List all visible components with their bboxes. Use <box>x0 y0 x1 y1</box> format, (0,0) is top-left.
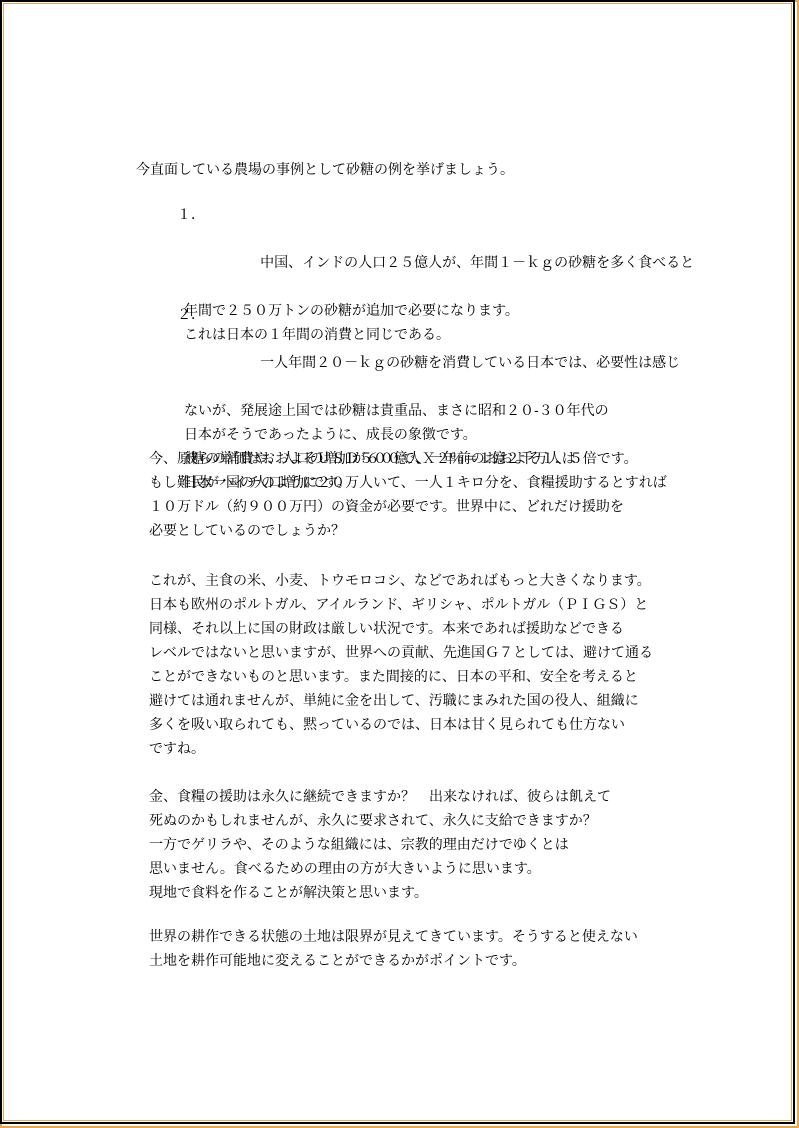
text-line: 避けては通れませんが、単純に金を出して、汚職にまみれた国の役人、組織に <box>0 688 793 712</box>
text-line: 多くを吸い取られても、黙っているのでは、日本は甘く見られても仕方ない <box>0 712 793 736</box>
intro-paragraph: 今直面している農場の事例として砂糖の例を挙げましょう。 <box>0 157 793 181</box>
list-number: ２． <box>177 302 205 326</box>
text-line: ないが、発展途上国では砂糖は貴重品、まさに昭和２０-３０年代の <box>0 398 793 422</box>
text-line: 土地を耕作可能地に変えることができるかがポイントです。 <box>0 948 793 972</box>
text-line: 日本がそうであったように、成長の象徴です。 <box>0 422 793 446</box>
text-line: ことができないものと思います。また間接的に、日本の平和、安全を考えると <box>0 664 793 688</box>
document-page: 今直面している農場の事例として砂糖の例を挙げましょう。 １． 中国、インドの人口… <box>0 0 799 1128</box>
text-line: 今、原糖の単価はおおよそＵＳＤ５００で、一年前のおおよそ１．５倍です。 <box>0 446 793 470</box>
text-line: もし難民がハイチのように２０万人いて、一人１キロ分を、食糧援助するとすれば <box>0 470 793 494</box>
text-line: ですね。 <box>0 736 793 760</box>
paragraph-sugar-price: 今、原糖の単価はおおよそＵＳＤ５００で、一年前のおおよそ１．５倍です。 もし難民… <box>0 446 793 542</box>
list-item-first-line: １． 中国、インドの人口２５億人が、年間１－ｋｇの砂糖を多く食べると <box>0 202 793 298</box>
text-line: 同様、それ以上に国の財政は厳しい状況です。本来であれば援助などできる <box>0 616 793 640</box>
text-line: レベルではないと思いますが、世界への貢献、先進国Ｇ７としては、避けて通る <box>0 640 793 664</box>
text-line: 世界の耕作できる状態の土地は限界が見えてきています。そうすると使えない <box>0 924 793 948</box>
list-text: 一人年間２０－ｋｇの砂糖を消費している日本では、必要性は感じ <box>260 354 680 370</box>
paragraph-aid-sustainability: 金、食糧の援助は永久に継続できますか？ 出来なければ、彼らは飢えて 死ぬのかもし… <box>0 784 793 904</box>
text-line: これが、主食の米、小麦、トウモロコシ、などであればもっと大きくなります。 <box>0 568 793 592</box>
text-line: 日本も欧州のポルトガル、アイルランド、ギリシャ、ポルトガル（ＰＩＧＳ）と <box>0 592 793 616</box>
list-text: 中国、インドの人口２５億人が、年間１－ｋｇの砂糖を多く食べると <box>260 254 694 270</box>
text-line: 必要としているのでしょうか？ <box>0 518 793 542</box>
text-line: 今直面している農場の事例として砂糖の例を挙げましょう。 <box>0 157 793 181</box>
text-line: 死ぬのかもしれませんが、永久に要求されて、永久に支給できますか？ <box>0 808 793 832</box>
document-body: 今直面している農場の事例として砂糖の例を挙げましょう。 １． 中国、インドの人口… <box>0 0 799 1128</box>
text-line: １０万ドル（約９００万円）の資金が必要です。世界中に、どれだけ援助を <box>0 494 793 518</box>
paragraph-staple-foods: これが、主食の米、小麦、トウモロコシ、などであればもっと大きくなります。 日本も… <box>0 568 793 760</box>
text-line: 一方でゲリラや、そのような組織には、宗教的理由だけでゆくとは <box>0 832 793 856</box>
paragraph-arable-land: 世界の耕作できる状態の土地は限界が見えてきています。そうすると使えない 土地を耕… <box>0 924 793 972</box>
list-item-first-line: ２． 一人年間２０－ｋｇの砂糖を消費している日本では、必要性は感じ <box>0 302 793 398</box>
text-line: 思いません。食べるための理由の方が大きいように思います。 <box>0 856 793 880</box>
text-line: 金、食糧の援助は永久に継続できますか？ 出来なければ、彼らは飢えて <box>0 784 793 808</box>
list-number: １． <box>177 202 205 226</box>
text-line: 現地で食料を作ることが解決策と思います。 <box>0 880 793 904</box>
